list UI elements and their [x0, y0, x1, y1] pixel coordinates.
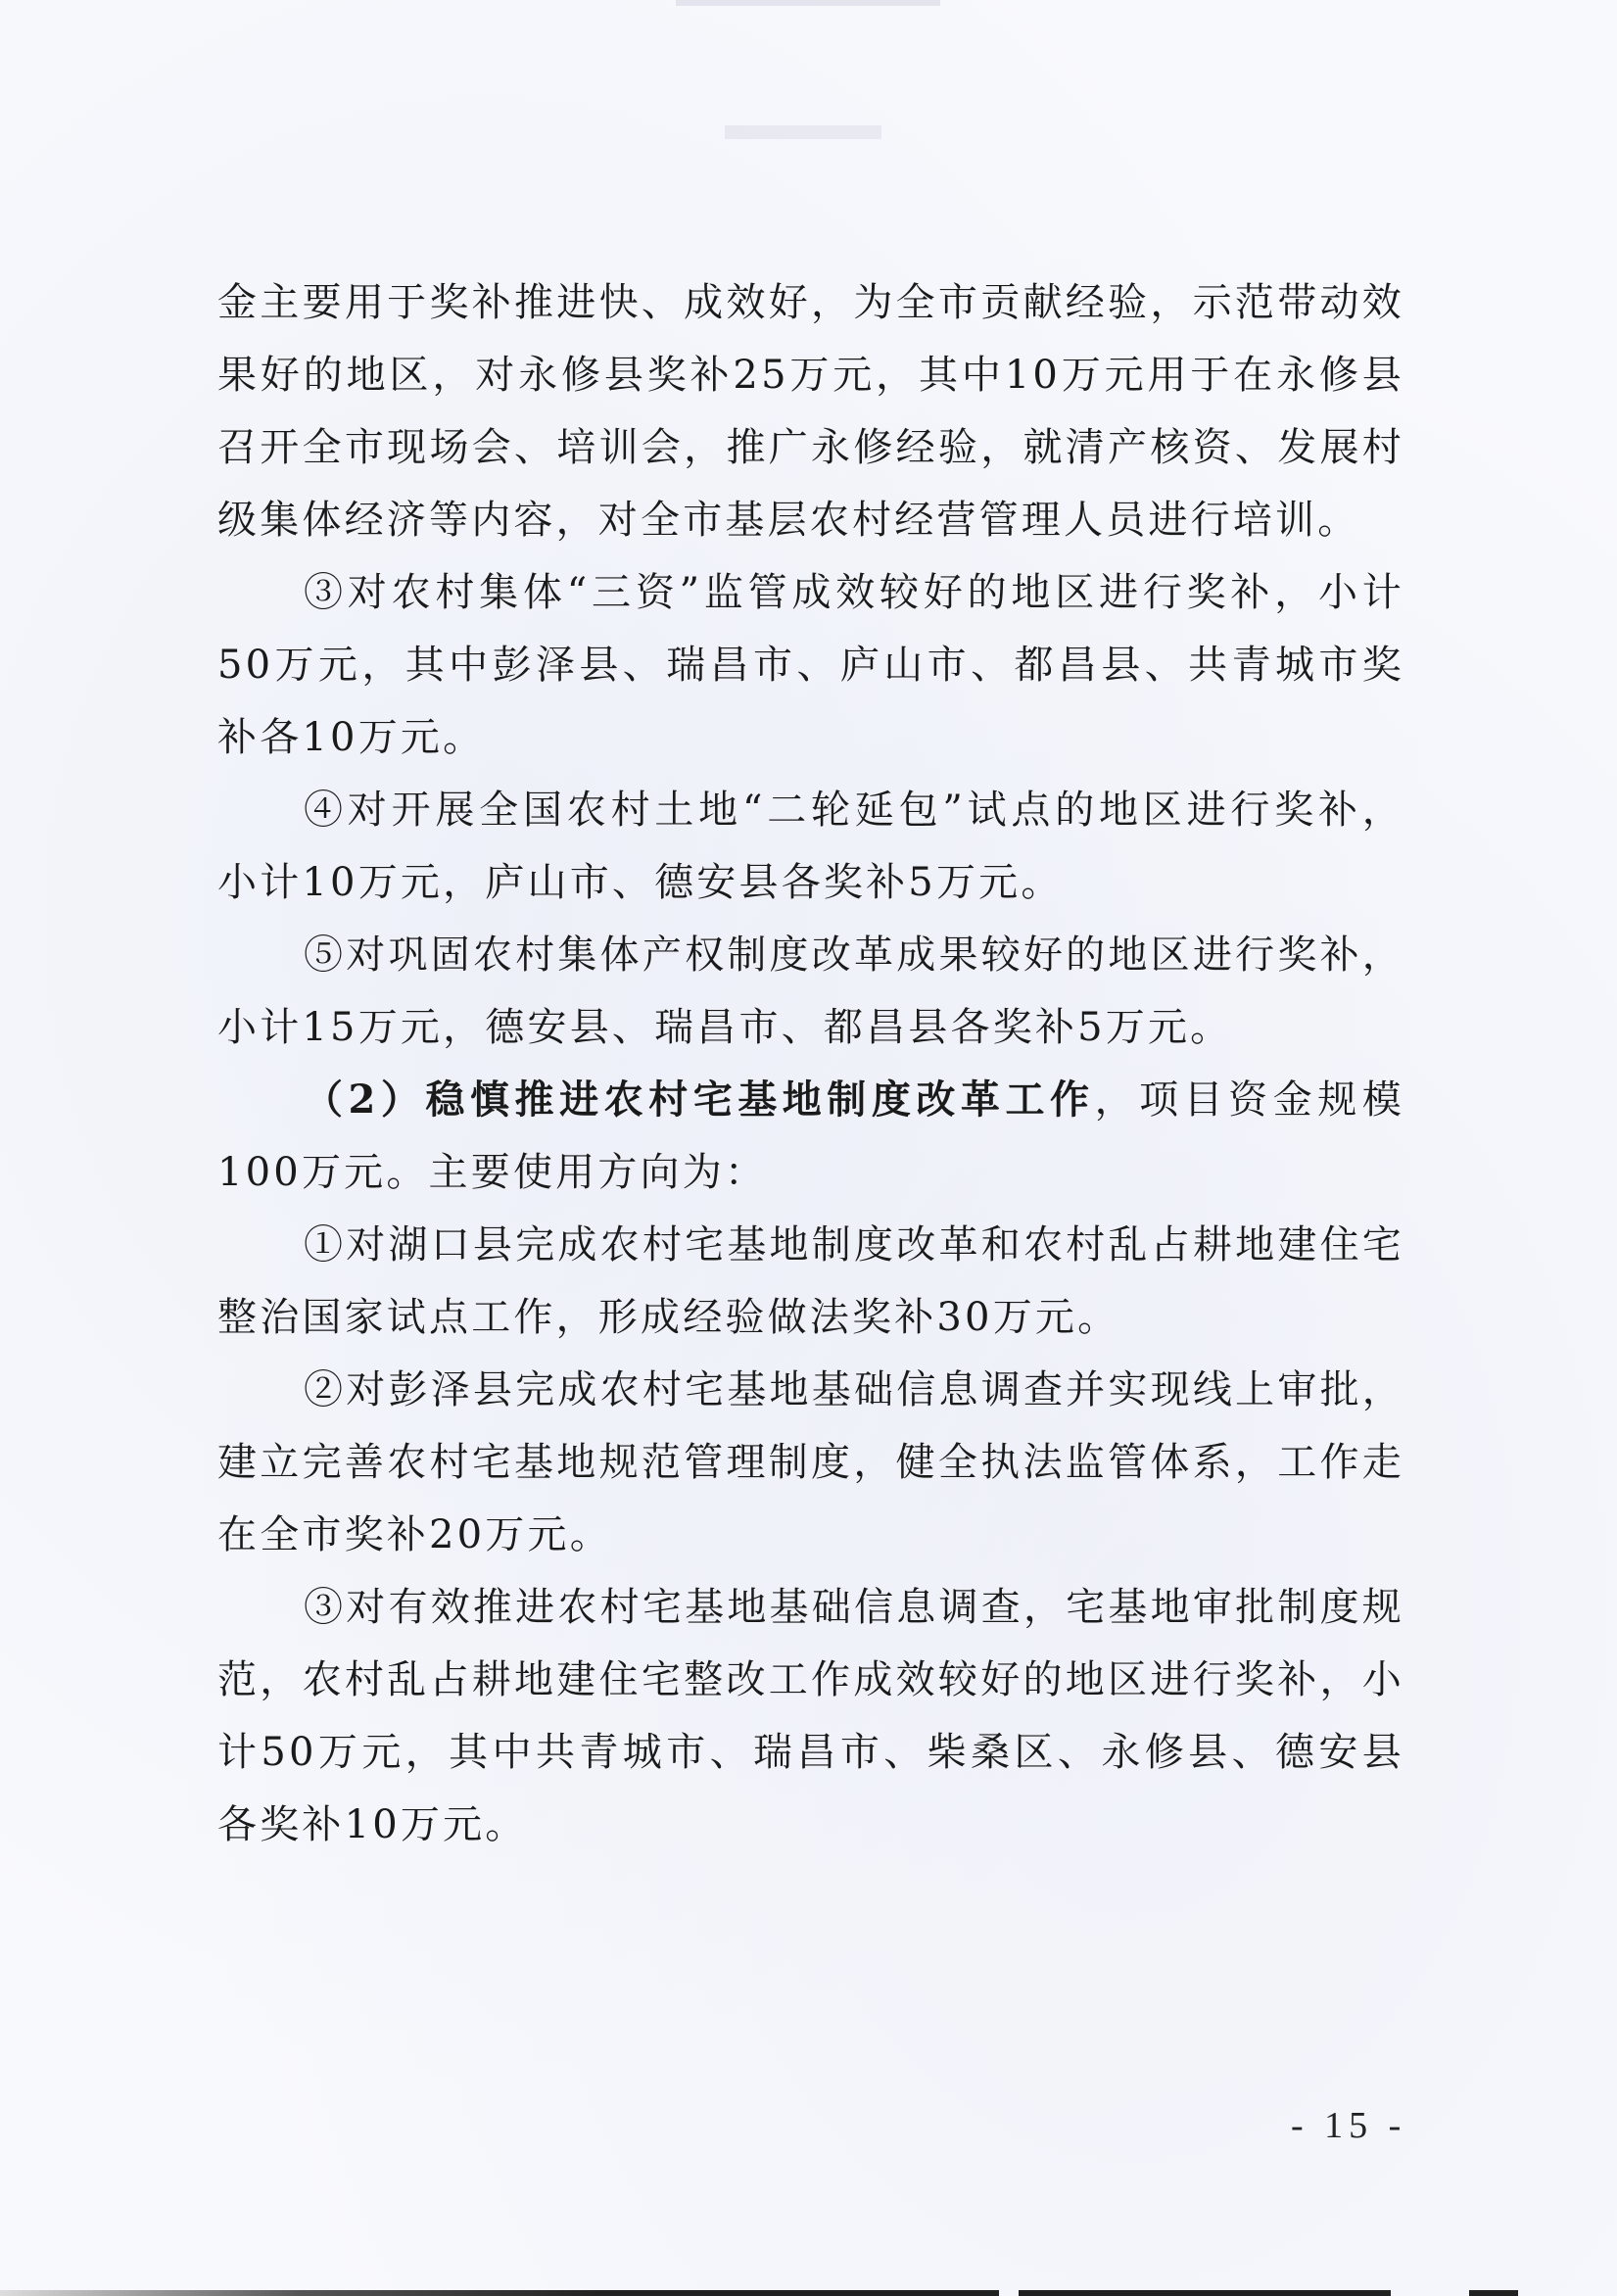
scan-edge [0, 2290, 999, 2296]
page-number: - 15 - [1291, 2104, 1406, 2147]
section-heading: （2）稳慎推进农村宅基地制度改革工作 [304, 1076, 1095, 1123]
paragraph-homestead-reform-heading: （2）稳慎推进农村宅基地制度改革工作，项目资金规模100万元。主要使用方向为： [217, 1064, 1404, 1209]
paragraph-funding-use: 金主要用于奖补推进快、成效好，为全市贡献经验，示范带动效果好的地区，对永修县奖补… [217, 266, 1404, 556]
document-page: 金主要用于奖补推进快、成效好，为全市贡献经验，示范带动效果好的地区，对永修县奖补… [0, 0, 1617, 2296]
paragraph-second-round-extension: ④对开展全国农村土地“二轮延包”试点的地区进行奖补，小计10万元，庐山市、德安县… [217, 774, 1404, 919]
scan-bleed-mark [842, 0, 940, 6]
body-text: 金主要用于奖补推进快、成效好，为全市贡献经验，示范带动效果好的地区，对永修县奖补… [217, 266, 1404, 1861]
scan-bleed-mark [725, 125, 881, 139]
paragraph-pengze-county: ②对彭泽县完成农村宅基地基础信息调查并实现线上审批，建立完善农村宅基地规范管理制… [217, 1354, 1404, 1571]
scan-edge [1469, 2290, 1518, 2296]
scan-edge [1019, 2290, 1391, 2296]
paragraph-hukou-county: ①对湖口县完成农村宅基地制度改革和农村乱占耕地建住宅整治国家试点工作，形成经验做… [217, 1209, 1404, 1354]
paragraph-homestead-survey-awards: ③对有效推进农村宅基地基础信息调查，宅基地审批制度规范，农村乱占耕地建住宅整改工… [217, 1571, 1404, 1861]
paragraph-three-assets-supervision: ③对农村集体“三资”监管成效较好的地区进行奖补，小计50万元，其中彭泽县、瑞昌市… [217, 556, 1404, 774]
scan-bleed-mark [676, 0, 842, 6]
paragraph-property-rights-reform: ⑤对巩固农村集体产权制度改革成果较好的地区进行奖补，小计15万元，德安县、瑞昌市… [217, 919, 1404, 1064]
